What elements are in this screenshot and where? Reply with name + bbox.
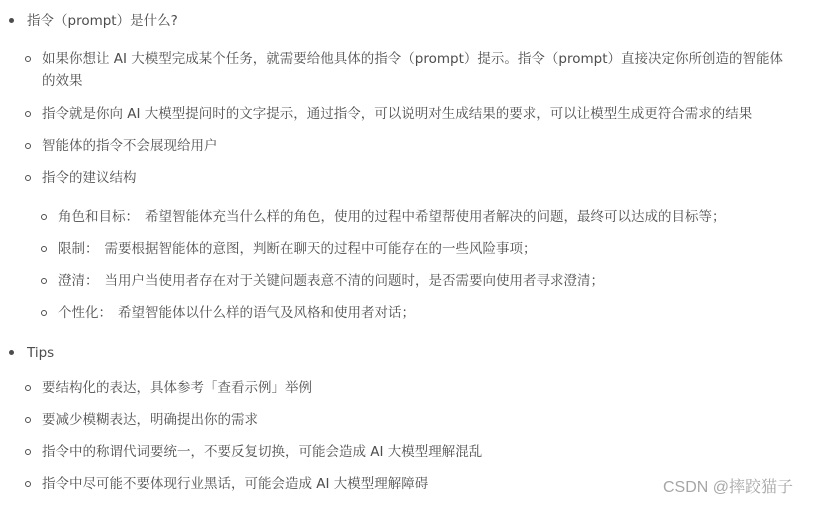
list-item: 指令就是你向 AI 大模型提问时的文字提示，通过指令，可以说明对生成结果的要求，… — [42, 103, 752, 125]
bullet-circle-icon — [25, 417, 31, 423]
bullet-circle-icon — [41, 214, 47, 220]
bullet-dot-icon — [9, 18, 14, 23]
sublist-item-text: 需要根据智能体的意图，判断在聊天的过程中可能存在的一些风险事项； — [105, 241, 537, 257]
sublist-item-label: 角色和目标： — [58, 209, 139, 225]
section-title: 指令（prompt）是什么? — [27, 10, 178, 32]
sublist-item-text: 希望智能体以什么样的语气及风格和使用者对话； — [118, 305, 415, 321]
watermark: CSDN @摔跤猫子 — [663, 477, 793, 499]
bullet-circle-icon — [25, 143, 31, 149]
bullet-circle-icon — [41, 246, 47, 252]
list-item: 指令中的称谓代词要统一，不要反复切换，可能会造成 AI 大模型理解混乱 — [42, 441, 482, 463]
sublist-item-text: 当用户当使用者存在对于关键问题表意不清的问题时，是否需要向使用者寻求澄清； — [105, 273, 605, 289]
bullet-dot-icon — [9, 350, 14, 355]
bullet-circle-icon — [25, 175, 31, 181]
bullet-circle-icon — [25, 111, 31, 117]
sublist-item: 角色和目标：希望智能体充当什么样的角色，使用的过程中希望帮使用者解决的问题，最终… — [58, 206, 726, 228]
bullet-circle-icon — [41, 310, 47, 316]
sublist-item-label: 澄清： — [58, 273, 99, 289]
sublist-item: 限制：需要根据智能体的意图，判断在聊天的过程中可能存在的一些风险事项； — [58, 238, 537, 260]
list-item: 要减少模糊表达，明确提出你的需求 — [42, 409, 258, 431]
list-item: 要结构化的表达，具体参考「查看示例」举例 — [42, 377, 312, 399]
list-item: 智能体的指令不会展现给用户 — [42, 135, 218, 157]
list-item: 如果你想让 AI 大模型完成某个任务，就需要给他具体的指令（prompt）提示。… — [42, 48, 787, 92]
sublist-item: 澄清：当用户当使用者存在对于关键问题表意不清的问题时，是否需要向使用者寻求澄清； — [58, 270, 604, 292]
list-item: 指令中尽可能不要体现行业黑话，可能会造成 AI 大模型理解障碍 — [42, 473, 428, 495]
bullet-circle-icon — [25, 481, 31, 487]
bullet-circle-icon — [25, 385, 31, 391]
sublist-item-text: 希望智能体充当什么样的角色，使用的过程中希望帮使用者解决的问题，最终可以达成的目… — [145, 209, 726, 225]
sublist-item-label: 个性化： — [58, 305, 112, 321]
bullet-circle-icon — [41, 278, 47, 284]
sublist-item: 个性化：希望智能体以什么样的语气及风格和使用者对话； — [58, 302, 415, 324]
sublist-item-label: 限制： — [58, 241, 99, 257]
bullet-circle-icon — [25, 56, 31, 62]
section-title: Tips — [27, 342, 54, 364]
list-item: 指令的建议结构 — [42, 167, 137, 189]
bullet-circle-icon — [25, 449, 31, 455]
